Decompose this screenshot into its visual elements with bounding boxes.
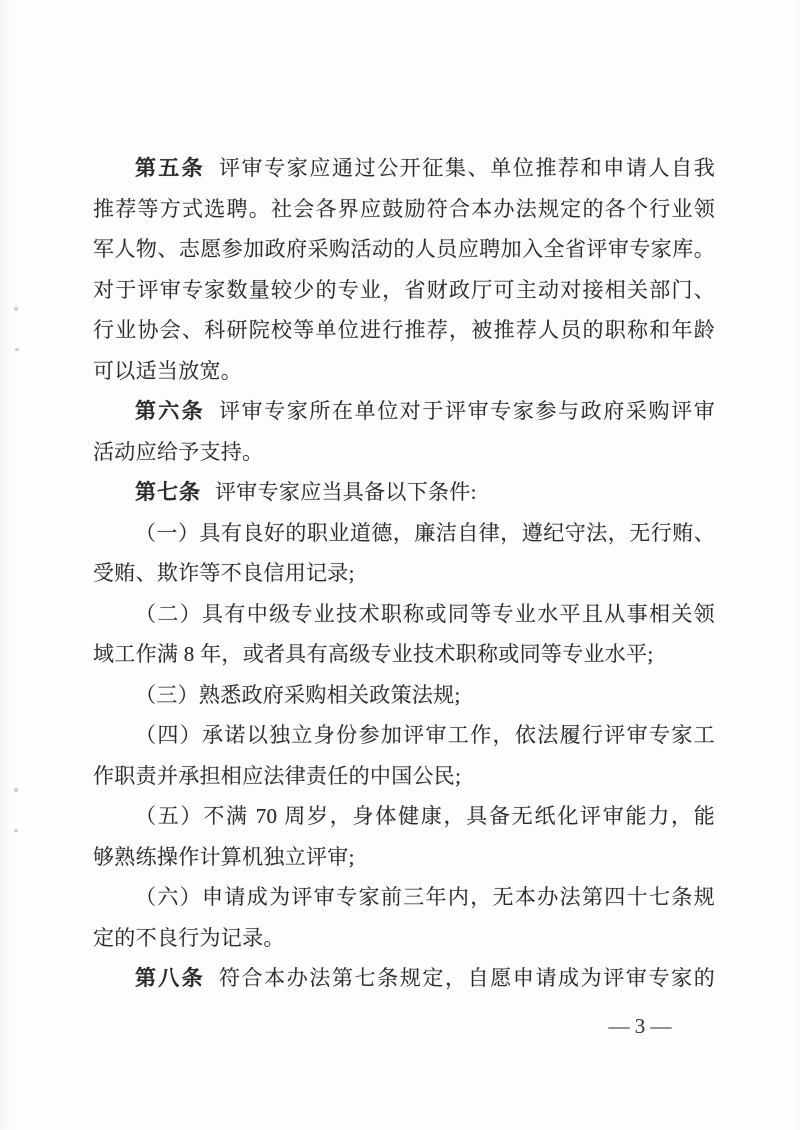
line-text: 受贿、欺诈等不良信用记录; [93, 561, 355, 585]
document-body: 第五条评审专家应通过公开征集、单位推荐和申请人自我 推荐等方式选聘。社会各界应鼓… [93, 148, 715, 999]
line-text: 够熟练操作计算机独立评审; [93, 845, 355, 869]
line-text: 符合本办法第七条规定，自愿申请成为评审专家的 [219, 966, 715, 990]
text-line: （四）承诺以独立身份参加评审工作，依法履行评审专家工 [93, 715, 715, 756]
text-line: 第五条评审专家应通过公开征集、单位推荐和申请人自我 [93, 148, 715, 189]
article-number: 第七条 [135, 480, 201, 504]
text-line: 定的不良行为记录。 [93, 918, 715, 959]
line-text: 活动应给予支持。 [93, 440, 263, 464]
text-line: （六）申请成为评审专家前三年内，无本办法第四十七条规 [93, 877, 715, 918]
scan-speck [15, 348, 19, 351]
text-line: 受贿、欺诈等不良信用记录; [93, 553, 715, 594]
line-text: （四）承诺以独立身份参加评审工作，依法履行评审专家工 [135, 723, 715, 747]
scan-speck [14, 307, 18, 311]
text-line: 可以适当放宽。 [93, 351, 715, 392]
article-number: 第六条 [135, 399, 205, 423]
line-text: 军人物、志愿参加政府采购活动的人员应聘加入全省评审专家库。 [93, 237, 715, 261]
text-line: （三）熟悉政府采购相关政策法规; [93, 675, 715, 716]
line-text: 作职责并承担相应法律责任的中国公民; [93, 764, 461, 788]
page-number: — 3 — [598, 1014, 682, 1038]
scan-speck [14, 788, 18, 792]
text-line: （二）具有中级专业技术职称或同等专业水平且从事相关领 [93, 594, 715, 635]
line-text: 域工作满 8 年，或者具有高级专业技术职称或同等专业水平; [93, 642, 654, 666]
text-line: 域工作满 8 年，或者具有高级专业技术职称或同等专业水平; [93, 634, 715, 675]
line-text: 对于评审专家数量较少的专业，省财政厅可主动对接相关部门、 [93, 278, 715, 302]
text-line: 推荐等方式选聘。社会各界应鼓励符合本办法规定的各个行业领 [93, 189, 715, 230]
line-text: 推荐等方式选聘。社会各界应鼓励符合本办法规定的各个行业领 [93, 197, 715, 221]
line-text: （三）熟悉政府采购相关政策法规; [135, 683, 461, 707]
line-text: （六）申请成为评审专家前三年内，无本办法第四十七条规 [135, 885, 715, 909]
text-line: 作职责并承担相应法律责任的中国公民; [93, 756, 715, 797]
line-text: （五）不满 70 周岁，身体健康，具备无纸化评审能力，能 [135, 804, 715, 828]
line-text: 评审专家应当具备以下条件: [215, 480, 477, 504]
article-number: 第五条 [135, 156, 205, 180]
text-line: 第六条评审专家所在单位对于评审专家参与政府采购评审 [93, 391, 715, 432]
line-text: 可以适当放宽。 [93, 359, 242, 383]
text-line: 第八条符合本办法第七条规定，自愿申请成为评审专家的 [93, 958, 715, 999]
line-text: 定的不良行为记录。 [93, 926, 285, 950]
line-text: 评审专家应通过公开征集、单位推荐和申请人自我 [219, 156, 715, 180]
line-text: （一）具有良好的职业道德，廉洁自律，遵纪守法，无行贿、 [135, 521, 715, 545]
article-number: 第八条 [135, 966, 205, 990]
text-line: 活动应给予支持。 [93, 432, 715, 473]
text-line: 行业协会、科研院校等单位进行推荐，被推荐人员的职称和年龄 [93, 310, 715, 351]
text-line: （五）不满 70 周岁，身体健康，具备无纸化评审能力，能 [93, 796, 715, 837]
text-line: 军人物、志愿参加政府采购活动的人员应聘加入全省评审专家库。 [93, 229, 715, 270]
text-line: 够熟练操作计算机独立评审; [93, 837, 715, 878]
line-text: 评审专家所在单位对于评审专家参与政府采购评审 [219, 399, 715, 423]
line-text: （二）具有中级专业技术职称或同等专业水平且从事相关领 [135, 602, 715, 626]
text-line: （一）具有良好的职业道德，廉洁自律，遵纪守法，无行贿、 [93, 513, 715, 554]
text-line: 对于评审专家数量较少的专业，省财政厅可主动对接相关部门、 [93, 270, 715, 311]
scanned-document-page: 第五条评审专家应通过公开征集、单位推荐和申请人自我 推荐等方式选聘。社会各界应鼓… [0, 0, 800, 1130]
scan-speck [14, 829, 18, 832]
line-text: 行业协会、科研院校等单位进行推荐，被推荐人员的职称和年龄 [93, 318, 715, 342]
text-line: 第七条评审专家应当具备以下条件: [93, 472, 715, 513]
